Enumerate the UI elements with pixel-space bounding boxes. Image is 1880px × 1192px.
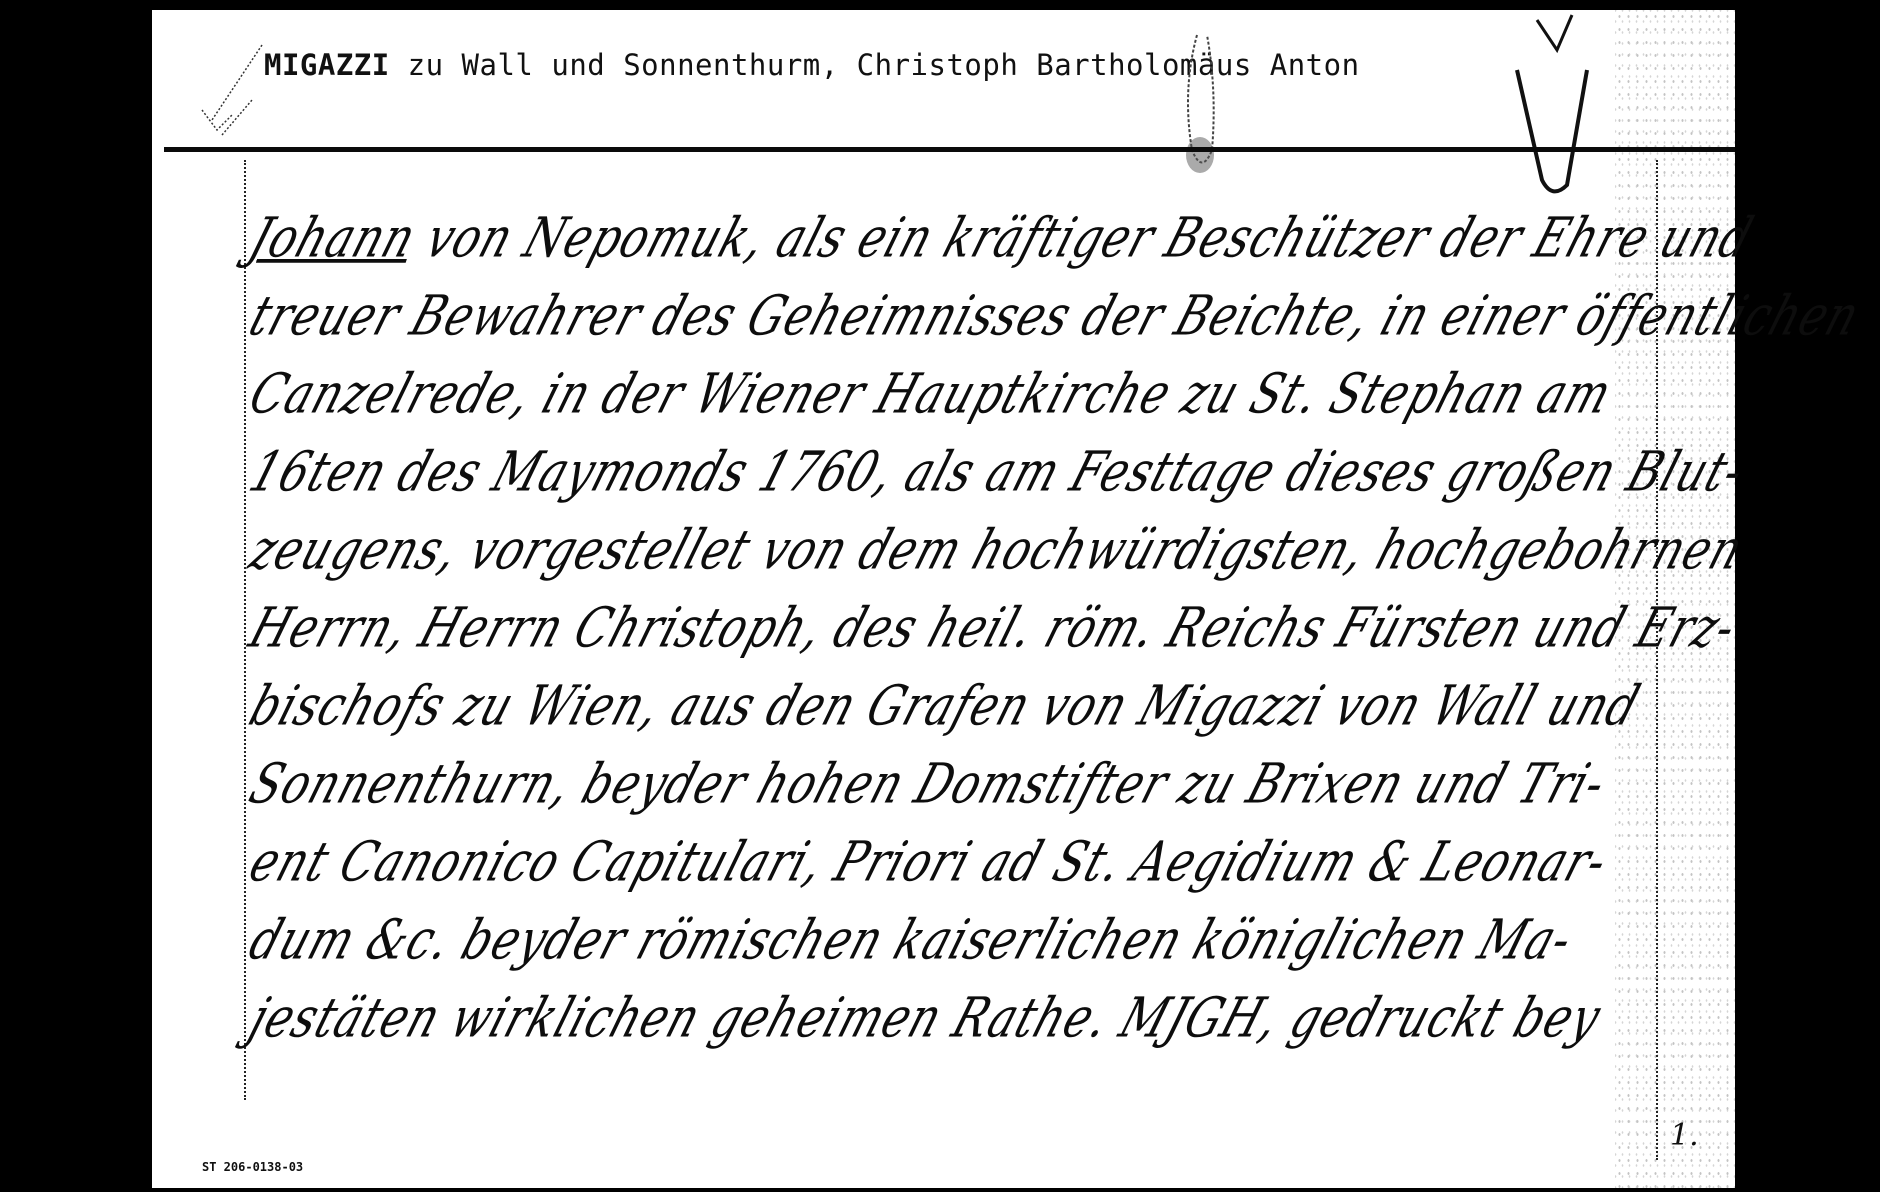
ink-smudge <box>1152 30 1242 180</box>
body-line: jestäten wirklichen geheimen Rathe. MJGH… <box>236 970 1668 1068</box>
archive-reference: ST 206-0138-03 <box>202 1160 303 1174</box>
page-number: 1. <box>1670 1118 1699 1153</box>
handwritten-body: Johann von Nepomuk, als ein kräftiger Be… <box>252 200 1652 1058</box>
check-mark-annotation <box>1497 10 1607 200</box>
heading-surname: MIGAZZI <box>264 48 390 82</box>
heading-divider <box>164 147 1735 152</box>
pencil-annotation-mark <box>192 40 272 140</box>
underlined-name: Johann <box>242 207 424 271</box>
index-card-page: MIGAZZI zu Wall und Sonnenthurm, Christo… <box>152 10 1735 1188</box>
